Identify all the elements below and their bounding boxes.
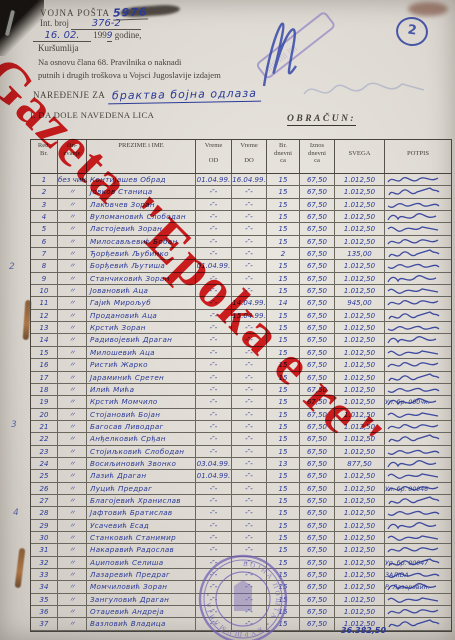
cell-br: 15	[267, 606, 300, 618]
cell-do: -″-	[232, 520, 267, 532]
cell-br: 15	[267, 310, 300, 322]
cell-no: 20	[31, 409, 58, 421]
cell-cin: 〃	[58, 359, 87, 371]
signature-cell	[385, 495, 451, 507]
signature-cell	[385, 236, 451, 248]
cell-od: -″-	[196, 618, 232, 630]
signature-squiggle	[386, 273, 442, 285]
cell-no: 30	[31, 532, 58, 544]
table-row: 14〃Радивојевић Драган-″--″-1567,501.012,…	[31, 334, 451, 346]
table-row: 18〃Илић Мића-″--″-1567,501.012,50	[31, 384, 451, 396]
cell-cin: 〃	[58, 446, 87, 458]
cell-no: 21	[31, 421, 58, 433]
cell-cin: 〃	[58, 532, 87, 544]
cell-br: 15	[267, 359, 300, 371]
cell-od: -″-	[196, 211, 232, 223]
signature-cell	[385, 174, 451, 186]
table-row: 7〃Ђорђевић Љубинко-″--″-267,50135,00	[31, 248, 451, 260]
signature-cell	[385, 544, 451, 556]
table-row: 1без чин.Контијашев Обрад01.04.99.16.04.…	[31, 174, 451, 186]
cell-name: Ђорђевић Љубинко	[87, 248, 196, 260]
cell-iznos: 67,50	[300, 618, 335, 630]
rust-staple-mark	[15, 548, 26, 588]
cell-svega: 1.012,50	[335, 384, 385, 396]
column-header: čin- zvanje	[58, 140, 87, 173]
cell-cin: 〃	[58, 334, 87, 346]
cell-iznos: 67,50	[300, 285, 335, 297]
cell-iznos: 67,50	[300, 458, 335, 470]
cell-name: Ристић Жарко	[87, 359, 196, 371]
cell-svega: 1.012,50	[335, 347, 385, 359]
cell-cin: 〃	[58, 347, 87, 359]
cell-iznos: 67,50	[300, 409, 335, 421]
cell-no: 11	[31, 297, 58, 309]
cell-do: -″-	[232, 557, 267, 569]
cell-no: 25	[31, 470, 58, 482]
signature-cell: Уп. бр. 00046	[385, 483, 451, 495]
signature-cell: Р. Лазаревић.	[385, 581, 451, 593]
signature-squiggle	[386, 310, 442, 322]
table-row: 6〃Милосављевић Бобан-″--″-1567,501.012,5…	[31, 236, 451, 248]
cell-cin: 〃	[58, 433, 87, 445]
year-printed: 199	[93, 30, 107, 40]
cell-iznos: 67,50	[300, 606, 335, 618]
cell-name: Милошевић Аца	[87, 347, 196, 359]
cell-no: 13	[31, 322, 58, 334]
signature-cell	[385, 594, 451, 606]
table-row: 11〃Гајић Мирољуб-″-14.04.99.1467,50945,0…	[31, 297, 451, 309]
cell-iznos: 67,50	[300, 248, 335, 260]
cell-do: -″-	[232, 532, 267, 544]
table-row: 28〃Јафтовић Братислав-″--″-1567,501.012,…	[31, 507, 451, 519]
cell-od: -″-	[196, 446, 232, 458]
cell-od: 01.04.99.	[196, 470, 232, 482]
table-row: 15〃Милошевић Аца-″--″-1567,501.012,50	[31, 347, 451, 359]
cell-svega: 1.012,50	[335, 507, 385, 519]
cell-name: Илић Мића	[87, 384, 196, 396]
table-row: 26〃Луцић Предраг-″--″-1567,501.012,50Уп.…	[31, 483, 451, 495]
cell-svega: 135,00	[335, 248, 385, 260]
cell-od: -″-	[196, 557, 232, 569]
signature-cell: ЗАЛIDА	[385, 569, 451, 581]
cell-name: Станковић Станимир	[87, 532, 196, 544]
signature-squiggle	[386, 470, 442, 482]
cell-no: 6	[31, 236, 58, 248]
cell-iznos: 67,50	[300, 421, 335, 433]
cell-no: 22	[31, 433, 58, 445]
cell-iznos: 67,50	[300, 372, 335, 384]
signature-cell	[385, 532, 451, 544]
margin-number: 4	[13, 508, 19, 518]
cell-svega: 1.012,50	[335, 581, 385, 593]
cell-br: 15	[267, 396, 300, 408]
cell-name: Борђевић Љутиша	[87, 260, 196, 272]
cell-cin: 〃	[58, 211, 87, 223]
obracun-heading: OBRAČUN:	[287, 114, 356, 126]
order-value-handwritten: брактва бојна одлаза	[107, 87, 260, 105]
column-header: PREZIME i IME	[87, 140, 196, 173]
cell-svega: 1.012,50	[335, 199, 385, 211]
cell-name: Радивојевић Драган	[87, 334, 196, 346]
cell-no: 27	[31, 495, 58, 507]
cell-iznos: 67,50	[300, 532, 335, 544]
cell-no: 34	[31, 581, 58, 593]
signature-cell	[385, 606, 451, 618]
cell-od: -″-	[196, 310, 232, 322]
cell-do: -″-	[232, 594, 267, 606]
cell-od: -″-	[196, 372, 232, 384]
cell-br: 13	[267, 458, 300, 470]
cell-cin: 〃	[58, 421, 87, 433]
cell-do: -″-	[232, 199, 267, 211]
signature-cell	[385, 223, 451, 235]
cell-name: Анђелковић Срђан	[87, 433, 196, 445]
cell-name: Контијашев Обрад	[87, 174, 196, 186]
cell-od: -″-	[196, 236, 232, 248]
cell-cin: 〃	[58, 458, 87, 470]
column-header: Vreme OD	[196, 140, 232, 173]
ink-smudge	[408, 2, 448, 16]
cell-od: -″-	[196, 532, 232, 544]
cell-br: 15	[267, 544, 300, 556]
signature-cell	[385, 470, 451, 482]
signature-cell	[385, 285, 451, 297]
cell-no: 12	[31, 310, 58, 322]
cell-iznos: 67,50	[300, 384, 335, 396]
cell-od: -″-	[196, 384, 232, 396]
cell-od: 01.04.99.	[196, 260, 232, 272]
cell-cin: 〃	[58, 618, 87, 630]
cell-iznos: 67,50	[300, 520, 335, 532]
cell-od: -″-	[196, 297, 232, 309]
cell-no: 5	[31, 223, 58, 235]
cell-br: 15	[267, 186, 300, 198]
signature-cell	[385, 199, 451, 211]
cell-cin: 〃	[58, 372, 87, 384]
signature-note: Уп. бр. 00047	[385, 560, 428, 567]
cell-br: 15	[267, 421, 300, 433]
cell-name: Багосав Ливодраг	[87, 421, 196, 433]
cell-no: 18	[31, 384, 58, 396]
table-row: 17〃Јараминић Сретен-″--″-1567,501.012,50	[31, 372, 451, 384]
cell-do: -″-	[232, 347, 267, 359]
cell-do: -″-	[232, 236, 267, 248]
cell-iznos: 67,50	[300, 334, 335, 346]
cell-name: Аџиповић Селиша	[87, 557, 196, 569]
cell-do: 14.04.99.	[232, 297, 267, 309]
cell-iznos: 67,50	[300, 310, 335, 322]
cell-no: 2	[31, 186, 58, 198]
cell-no: 36	[31, 606, 58, 618]
cell-iznos: 67,50	[300, 186, 335, 198]
signature-note: Уп. бр. 00046	[385, 486, 428, 493]
table-row: 19〃Крстић Момчило-″--″-1567,501.012,50Уп…	[31, 396, 451, 408]
cell-od: -″-	[196, 483, 232, 495]
cell-svega: 1.012,50	[335, 421, 385, 433]
cell-iznos: 67,50	[300, 174, 335, 186]
cell-svega: 1.012,50	[335, 396, 385, 408]
cell-br: 15	[267, 347, 300, 359]
cell-do: -″-	[232, 273, 267, 285]
cell-name: Лазић Драган	[87, 470, 196, 482]
cell-br: 15	[267, 594, 300, 606]
cell-do: -″-	[232, 372, 267, 384]
cell-iznos: 67,50	[300, 446, 335, 458]
signature-squiggle	[386, 507, 442, 519]
signature-squiggle	[386, 347, 442, 359]
cell-od: 01.04.99.	[196, 174, 232, 186]
signature-cell: Уп. бр. 000чк.	[385, 396, 451, 408]
cell-od: -″-	[196, 285, 232, 297]
table-row: 20〃Стојановић Бојан-″--″-1567,501.012,50	[31, 409, 451, 421]
cell-no: 16	[31, 359, 58, 371]
cell-cin: 〃	[58, 297, 87, 309]
cell-od: -″-	[196, 359, 232, 371]
cell-svega: 1.012,50	[335, 520, 385, 532]
cell-svega: 1.012,50	[335, 557, 385, 569]
cell-br: 15	[267, 470, 300, 482]
cell-no: 15	[31, 347, 58, 359]
cell-br: 15	[267, 285, 300, 297]
column-header: Br. dnevni ca	[267, 140, 300, 173]
cell-do: -″-	[232, 186, 267, 198]
cell-iznos: 67,50	[300, 483, 335, 495]
cell-od: -″-	[196, 248, 232, 260]
margin-number: 2	[9, 262, 15, 272]
cell-od: -″-	[196, 396, 232, 408]
cell-br: 15	[267, 532, 300, 544]
cell-no: 14	[31, 334, 58, 346]
cell-od: -″-	[196, 520, 232, 532]
cell-cin: 〃	[58, 273, 87, 285]
cell-no: 8	[31, 260, 58, 272]
cell-od: -″-	[196, 421, 232, 433]
signature-cell	[385, 507, 451, 519]
table-row: 35〃Зангуловић Драган-″--″-1567,501.012,5…	[31, 594, 451, 606]
table-row: 5〃Ластојевић Зоран-″--″-1567,501.012,50	[31, 223, 451, 235]
cell-br: 15	[267, 581, 300, 593]
cell-cin: 〃	[58, 544, 87, 556]
godine-label: godine,	[115, 30, 142, 40]
table-row: 2〃Јовков Станица-″--″-1567,501.012,50	[31, 186, 451, 198]
cell-do: -″-	[232, 211, 267, 223]
cell-od: -″-	[196, 495, 232, 507]
cell-name: Вуломановић Слободан	[87, 211, 196, 223]
signature-cell	[385, 618, 451, 630]
table-header-row: Red. Br.čin- zvanjePREZIME i IMEVreme OD…	[31, 140, 451, 174]
table-row: 12〃Продановић Аца-″-15.04.99.1567,501.01…	[31, 310, 451, 322]
signature-squiggle	[386, 594, 442, 606]
cell-od: -″-	[196, 569, 232, 581]
cell-no: 26	[31, 483, 58, 495]
table-row: 33〃Лазаревић Предраг-″--″-1567,501.012,5…	[31, 569, 451, 581]
cell-svega: 1.012,50	[335, 223, 385, 235]
signature-squiggle	[386, 520, 442, 532]
cell-name: Усачевић Есад	[87, 520, 196, 532]
cell-cin: 〃	[58, 310, 87, 322]
cell-do: -″-	[232, 322, 267, 334]
signature-cell	[385, 322, 451, 334]
cell-iznos: 67,50	[300, 322, 335, 334]
signature-squiggle	[386, 297, 442, 309]
signature-squiggle	[386, 433, 442, 445]
table-row: 3〃Лаковчев Зоран-″--″-1567,501.012,50	[31, 199, 451, 211]
cell-name: Крстић Момчило	[87, 396, 196, 408]
signature-squiggle	[386, 359, 442, 371]
cell-od: -″-	[196, 606, 232, 618]
cell-do: -″-	[232, 384, 267, 396]
cell-no: 9	[31, 273, 58, 285]
cell-do: -″-	[232, 334, 267, 346]
table-row: 36〃Отаџевић Андреја-″--″-1567,501.012,50	[31, 606, 451, 618]
column-header: SVEGA	[335, 140, 385, 173]
cell-cin: 〃	[58, 495, 87, 507]
signature-squiggle	[386, 372, 442, 384]
cell-cin: 〃	[58, 409, 87, 421]
cell-iznos: 67,50	[300, 557, 335, 569]
cell-cin: 〃	[58, 569, 87, 581]
cell-svega: 1.012,50	[335, 372, 385, 384]
cell-br: 15	[267, 273, 300, 285]
cell-no: 23	[31, 446, 58, 458]
cell-do: -″-	[232, 446, 267, 458]
column-header: POTPIS	[385, 140, 451, 173]
cell-name: Станчиковић Зоран	[87, 273, 196, 285]
cell-cin: 〃	[58, 470, 87, 482]
cell-br: 15	[267, 334, 300, 346]
cell-cin: без чин.	[58, 174, 87, 186]
cell-do: 16.04.99.	[232, 174, 267, 186]
cell-do: -″-	[232, 223, 267, 235]
cell-br: 15	[267, 495, 300, 507]
cell-name: Накаравић Радослав	[87, 544, 196, 556]
cell-od: -″-	[196, 544, 232, 556]
cell-name: Благојевић Хранислав	[87, 495, 196, 507]
cell-br: 15	[267, 322, 300, 334]
cell-no: 7	[31, 248, 58, 260]
cell-name: Восиљиновић Звонко	[87, 458, 196, 470]
cell-iznos: 67,50	[300, 199, 335, 211]
cell-name: Јафтовић Братислав	[87, 507, 196, 519]
cell-no: 1	[31, 174, 58, 186]
cell-svega: 1.012,50	[335, 532, 385, 544]
cell-no: 10	[31, 285, 58, 297]
signature-squiggle	[386, 236, 442, 248]
cell-svega: 1.012,50	[335, 544, 385, 556]
cell-cin: 〃	[58, 223, 87, 235]
signature-cell	[385, 421, 451, 433]
cell-svega: 1.012,50	[335, 569, 385, 581]
cell-iznos: 67,50	[300, 211, 335, 223]
cell-cin: 〃	[58, 507, 87, 519]
signature-cell	[385, 211, 451, 223]
cell-br: 15	[267, 433, 300, 445]
cell-od: -″-	[196, 347, 232, 359]
cell-do: -″-	[232, 248, 267, 260]
cell-svega: 1.012,50	[335, 594, 385, 606]
table-row: 21〃Багосав Ливодраг-″--″-1567,501.012,50	[31, 421, 451, 433]
column-header: Iznos dnevni ca	[300, 140, 335, 173]
cell-svega: 1.012,50	[335, 310, 385, 322]
cell-name: Јовков Станица	[87, 186, 196, 198]
cell-iznos: 67,50	[300, 236, 335, 248]
cell-do: -″-	[232, 483, 267, 495]
cell-do: -″-	[232, 421, 267, 433]
cell-br: 15	[267, 384, 300, 396]
cell-svega: 1.012,50	[335, 495, 385, 507]
cell-no: 24	[31, 458, 58, 470]
cell-svega: 1.012,50	[335, 260, 385, 272]
signature-cell	[385, 384, 451, 396]
table-row: 25〃Лазић Драган01.04.99.-″-1567,501.012,…	[31, 470, 451, 482]
cell-no: 31	[31, 544, 58, 556]
page-number-badge: 2	[394, 15, 430, 48]
cell-od: -″-	[196, 409, 232, 421]
cell-svega: 1.012,50	[335, 211, 385, 223]
signature-cell	[385, 273, 451, 285]
cell-iznos: 67,50	[300, 347, 335, 359]
cell-do: -″-	[232, 285, 267, 297]
table-body: 1без чин.Контијашев Обрад01.04.99.16.04.…	[31, 174, 451, 631]
signature-note: Уп. бр. 000чк.	[385, 399, 430, 406]
cell-no: 32	[31, 557, 58, 569]
cell-iznos: 67,50	[300, 223, 335, 235]
signature-cell: Уп. бр. 00047	[385, 557, 451, 569]
cell-no: 19	[31, 396, 58, 408]
cell-no: 17	[31, 372, 58, 384]
table-row: 9〃Станчиковић Зоран-″--″-1567,501.012,50	[31, 273, 451, 285]
cell-cin: 〃	[58, 285, 87, 297]
year-digit-handwritten: 9	[107, 31, 113, 42]
grand-total: 36.382,50	[341, 626, 386, 635]
cell-name: Јовановић Аца	[87, 285, 196, 297]
signature-squiggle	[386, 495, 442, 507]
cell-do: -″-	[232, 470, 267, 482]
cell-od: -″-	[196, 433, 232, 445]
cell-name: Стојиљковић Слободан	[87, 446, 196, 458]
cell-svega: 1.012,50	[335, 322, 385, 334]
cell-br: 15	[267, 618, 300, 630]
cell-br: 15	[267, 569, 300, 581]
cell-do: -″-	[232, 507, 267, 519]
cell-od: -″-	[196, 186, 232, 198]
cell-od: -″-	[196, 223, 232, 235]
cell-cin: 〃	[58, 186, 87, 198]
date-value-handwritten: 16. 02.	[33, 30, 91, 42]
signature-squiggle	[386, 260, 442, 272]
cell-br: 15	[267, 211, 300, 223]
date-line: 16. 02. 1999 godine,	[33, 30, 141, 42]
signature-cell	[385, 347, 451, 359]
cell-br: 15	[267, 409, 300, 421]
cell-od: -″-	[196, 507, 232, 519]
table-row: 27〃Благојевић Хранислав-″--″-1567,501.01…	[31, 495, 451, 507]
signature-squiggle	[386, 606, 442, 618]
cell-name: Лаковчев Зоран	[87, 199, 196, 211]
cell-svega: 1.012,50	[335, 334, 385, 346]
cell-no: 3	[31, 199, 58, 211]
cell-cin: 〃	[58, 384, 87, 396]
cell-svega: 1.012,50	[335, 606, 385, 618]
cell-od: -″-	[196, 334, 232, 346]
cell-iznos: 67,50	[300, 260, 335, 272]
cell-svega: 1.012,50	[335, 273, 385, 285]
cell-do: -″-	[232, 396, 267, 408]
cell-iznos: 67,50	[300, 433, 335, 445]
cell-iznos: 67,50	[300, 495, 335, 507]
cell-do: -″-	[232, 458, 267, 470]
cell-svega: 877,50	[335, 458, 385, 470]
